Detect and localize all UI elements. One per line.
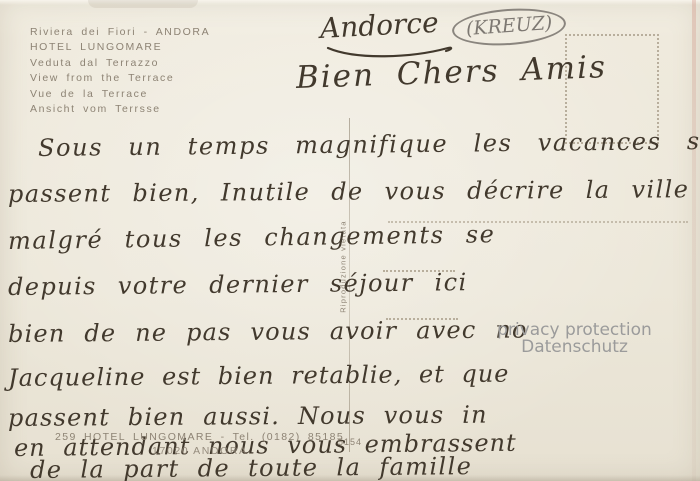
caption-line-ansicht: Ansicht vom Terrsse xyxy=(30,102,210,117)
printed-serial-number: 5154 xyxy=(338,437,362,447)
message-line: Sous un temps magnifique les vacances se xyxy=(38,127,700,162)
message-line: malgré tous les changements se xyxy=(8,220,496,255)
caption-line-veduta: Veduta dal Terrazzo xyxy=(30,56,210,71)
message-line: passent bien aussi. Nous vous in xyxy=(8,401,488,432)
printed-caption-block: Riviera dei Fiori - ANDORA HOTEL LUNGOMA… xyxy=(30,25,210,117)
printed-address-line2: 17020 ANDORA xyxy=(152,445,248,457)
scan-edge-right xyxy=(692,0,696,481)
message-line: Jacqueline est bien retablie, et que xyxy=(8,360,510,392)
caption-line-vue: Vue de la Terrace xyxy=(30,87,210,102)
printed-address-line1: 259 HOTEL LUNGOMARE - Tel. (0182) 85185 xyxy=(55,431,344,443)
postcard-back: Riviera dei Fiori - ANDORA HOTEL LUNGOMA… xyxy=(0,0,700,481)
message-line: passent bien, Inutile de vous décrire la… xyxy=(8,175,689,208)
message-line: depuis votre dernier séjour ici xyxy=(8,268,468,301)
privacy-watermark-line2: Datenschutz xyxy=(492,339,657,356)
caption-line-hotel: HOTEL LUNGOMARE xyxy=(30,40,210,55)
caption-line-view: View from the Terrace xyxy=(30,71,210,86)
message-line: bien de ne pas vous avoir avec no xyxy=(8,315,528,348)
pencil-note-circled: (KREUZ) xyxy=(451,5,568,49)
message-line: de la part de toute la famille xyxy=(30,452,472,481)
caption-line-riviera: Riviera dei Fiori - ANDORA xyxy=(30,25,210,40)
scan-smudge xyxy=(88,0,198,8)
privacy-watermark: privacy protection Datenschutz xyxy=(492,322,657,356)
